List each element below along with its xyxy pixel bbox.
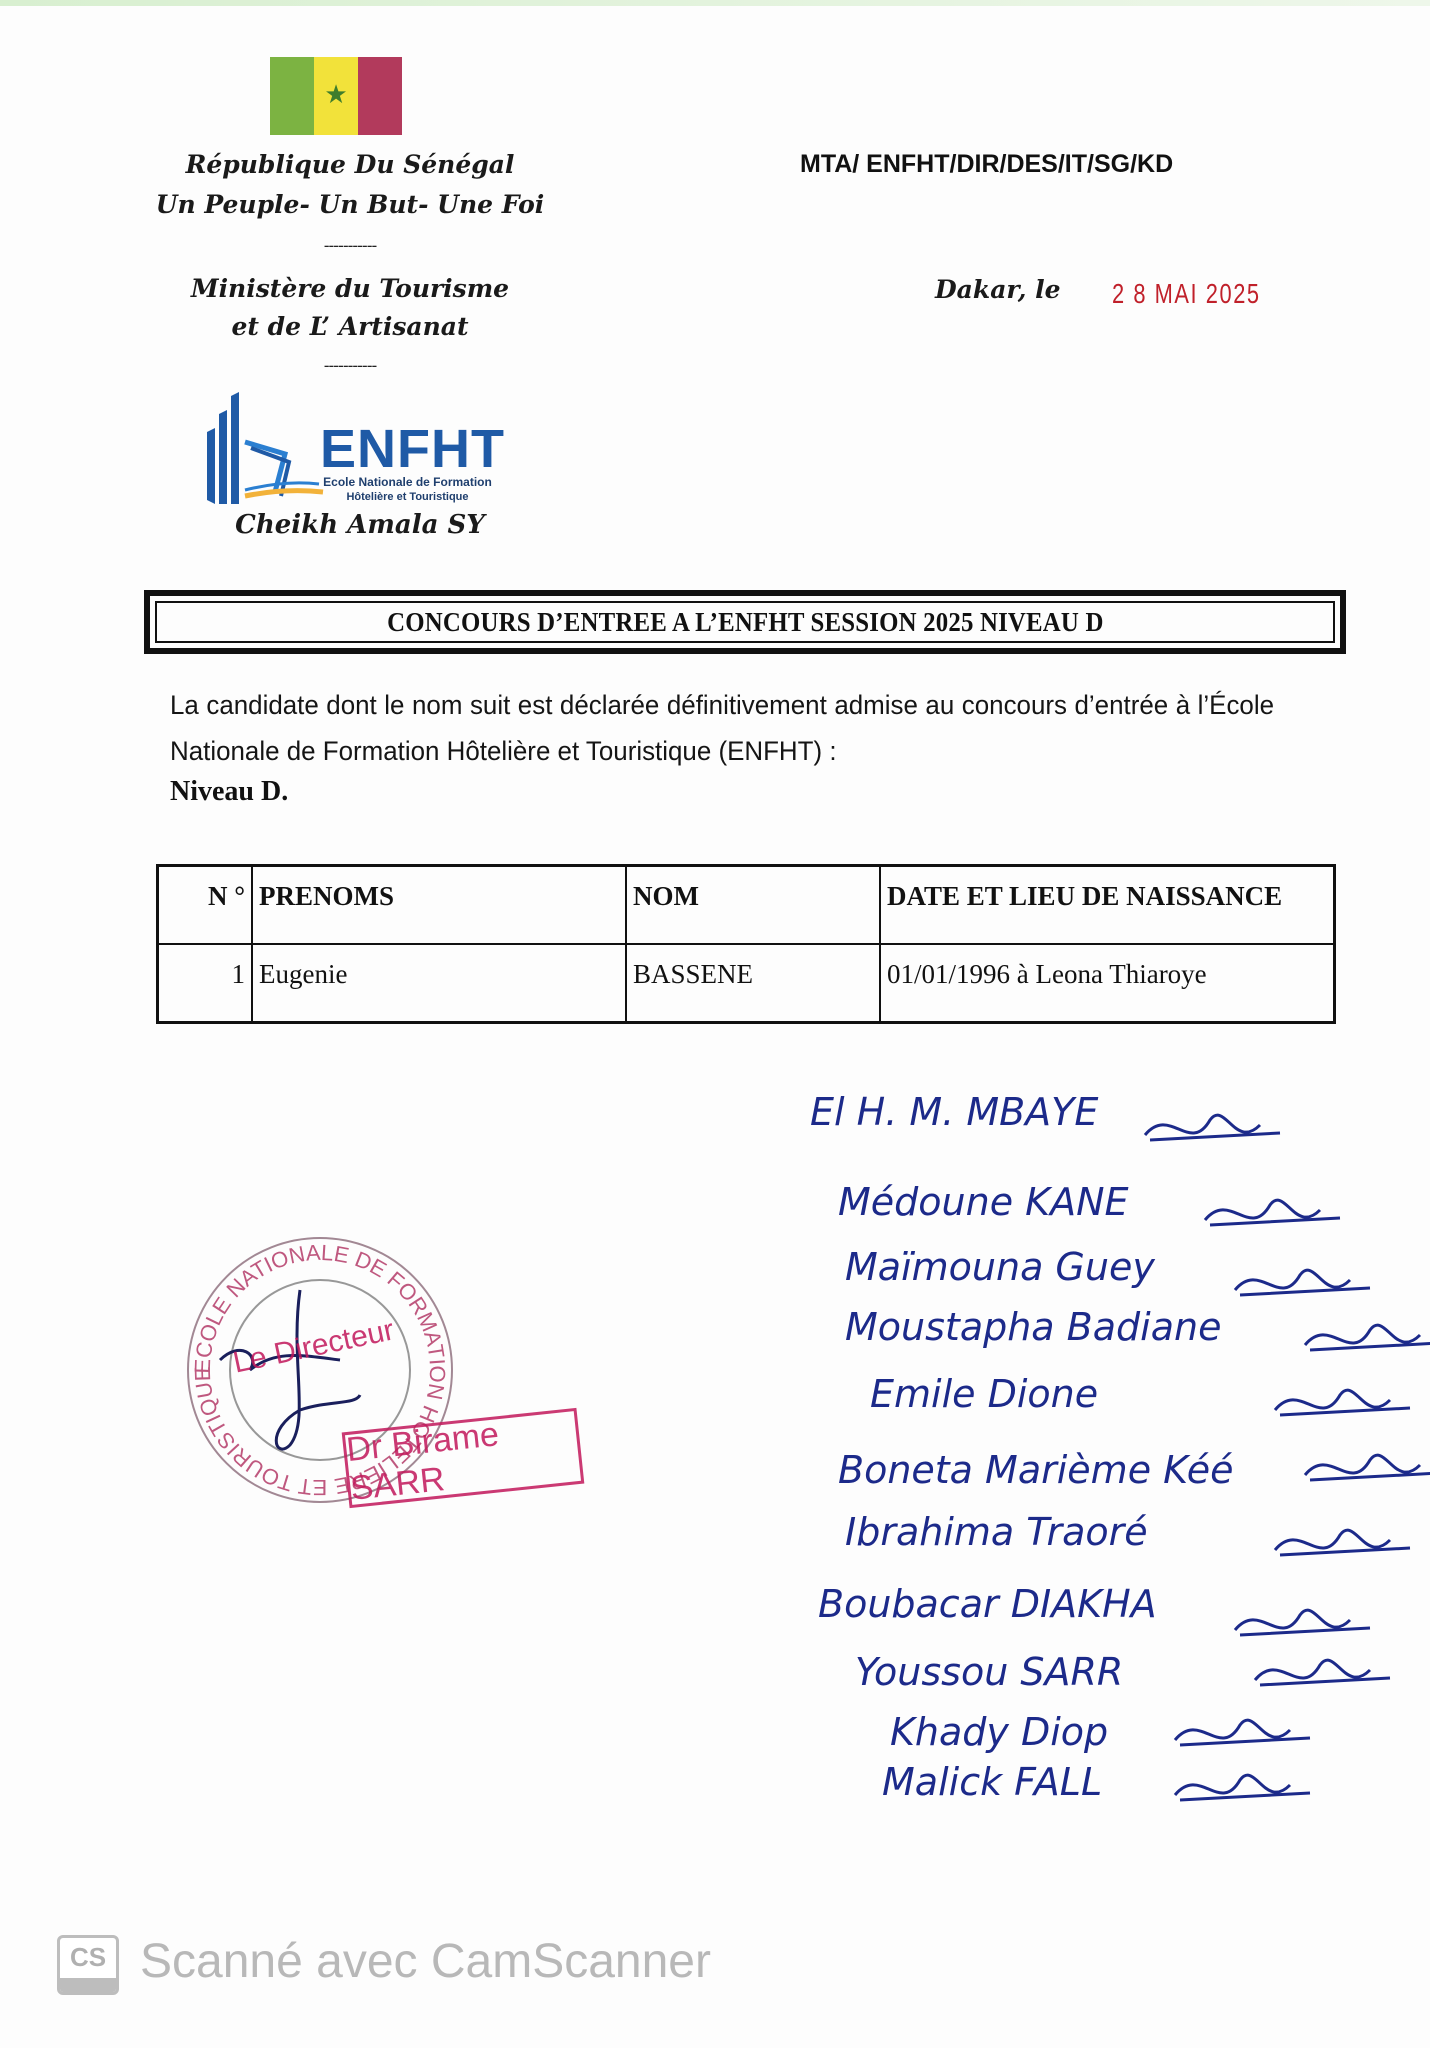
header-first-names: PRENOMS: [252, 866, 626, 945]
cell-last-name: BASSENE: [626, 944, 880, 1023]
signatory-name: Emile Dione: [870, 1372, 1098, 1416]
camscanner-watermark: Scanné avec CamScanner: [140, 1934, 711, 1989]
cell-birth-date-place: 01/01/1996 à Leona Thiaroye: [880, 944, 1335, 1023]
table-header-row: N ° PRENOMS NOM DATE ET LIEU DE NAISSANC…: [158, 866, 1335, 945]
signatory-name: Médoune KANE: [838, 1180, 1129, 1224]
header-birth-date-place: DATE ET LIEU DE NAISSANCE: [880, 866, 1335, 945]
signatory-name: Khady Diop: [890, 1710, 1108, 1754]
place-label: Dakar, le: [935, 275, 1061, 304]
document-title: CONCOURS D’ENTREE A L’ENFHT SESSION 2025…: [387, 607, 1103, 638]
republic-label: République Du Sénégal: [150, 150, 550, 179]
logo-subtitle-line2: Hôtelière et Touristique: [320, 491, 495, 503]
date-stamp: 2 8 MAI 2025: [1112, 278, 1261, 310]
table-row: 1 Eugenie BASSENE 01/01/1996 à Leona Thi…: [158, 944, 1335, 1023]
cell-number: 1: [158, 944, 253, 1023]
signature-scribble-icon: [1170, 1755, 1320, 1825]
signature-scribble-icon: [1140, 1095, 1290, 1165]
signature-scribble-icon: [1300, 1305, 1430, 1375]
camscanner-logo-icon: CS: [57, 1935, 119, 1995]
signatory-name: Maïmouna Guey: [845, 1245, 1155, 1289]
signature-scribble-icon: [1270, 1510, 1420, 1580]
signature-scribble-icon: [1300, 1435, 1430, 1505]
senegal-flag-icon: ★: [270, 57, 402, 135]
school-name: Cheikh Amala SY: [200, 510, 520, 540]
separator: -----------: [150, 356, 550, 375]
separator: -----------: [150, 236, 550, 255]
signatory-name: El H. M. MBAYE: [810, 1090, 1098, 1134]
document-title-box: CONCOURS D’ENTREE A L’ENFHT SESSION 2025…: [144, 590, 1346, 654]
signature-scribble-icon: [1270, 1370, 1420, 1440]
logo-acronym: ENFHT: [320, 418, 505, 480]
ministry-line1: Ministère du Tourisme: [150, 274, 550, 303]
ministry-line2: et de L’ Artisanat: [150, 312, 550, 341]
header-last-name: NOM: [626, 866, 880, 945]
signatory-name: Ibrahima Traoré: [845, 1510, 1148, 1554]
star-icon: ★: [324, 82, 347, 108]
reference-number: MTA/ ENFHT/DIR/DES/IT/SG/KD: [800, 150, 1173, 179]
signatory-name: Boneta Marième Kéé: [838, 1448, 1233, 1492]
level-label: Niveau D.: [170, 776, 288, 808]
signatory-name: Moustapha Badiane: [845, 1305, 1221, 1349]
signatory-name: Malick FALL: [882, 1760, 1102, 1804]
signatory-name: Boubacar DIAKHA: [818, 1582, 1157, 1626]
cell-first-names: Eugenie: [252, 944, 626, 1023]
signatory-name: Youssou SARR: [855, 1650, 1123, 1694]
declaration-paragraph: La candidate dont le nom suit est déclar…: [170, 682, 1274, 774]
motto-label: Un Peuple- Un But- Une Foi: [150, 190, 550, 219]
signature-scribble-icon: [1200, 1180, 1350, 1250]
scan-edge: [0, 0, 1430, 6]
admitted-candidates-table: N ° PRENOMS NOM DATE ET LIEU DE NAISSANC…: [156, 864, 1336, 1024]
header-number: N °: [158, 866, 253, 945]
logo-subtitle-line1: Ecole Nationale de Formation: [320, 475, 495, 489]
